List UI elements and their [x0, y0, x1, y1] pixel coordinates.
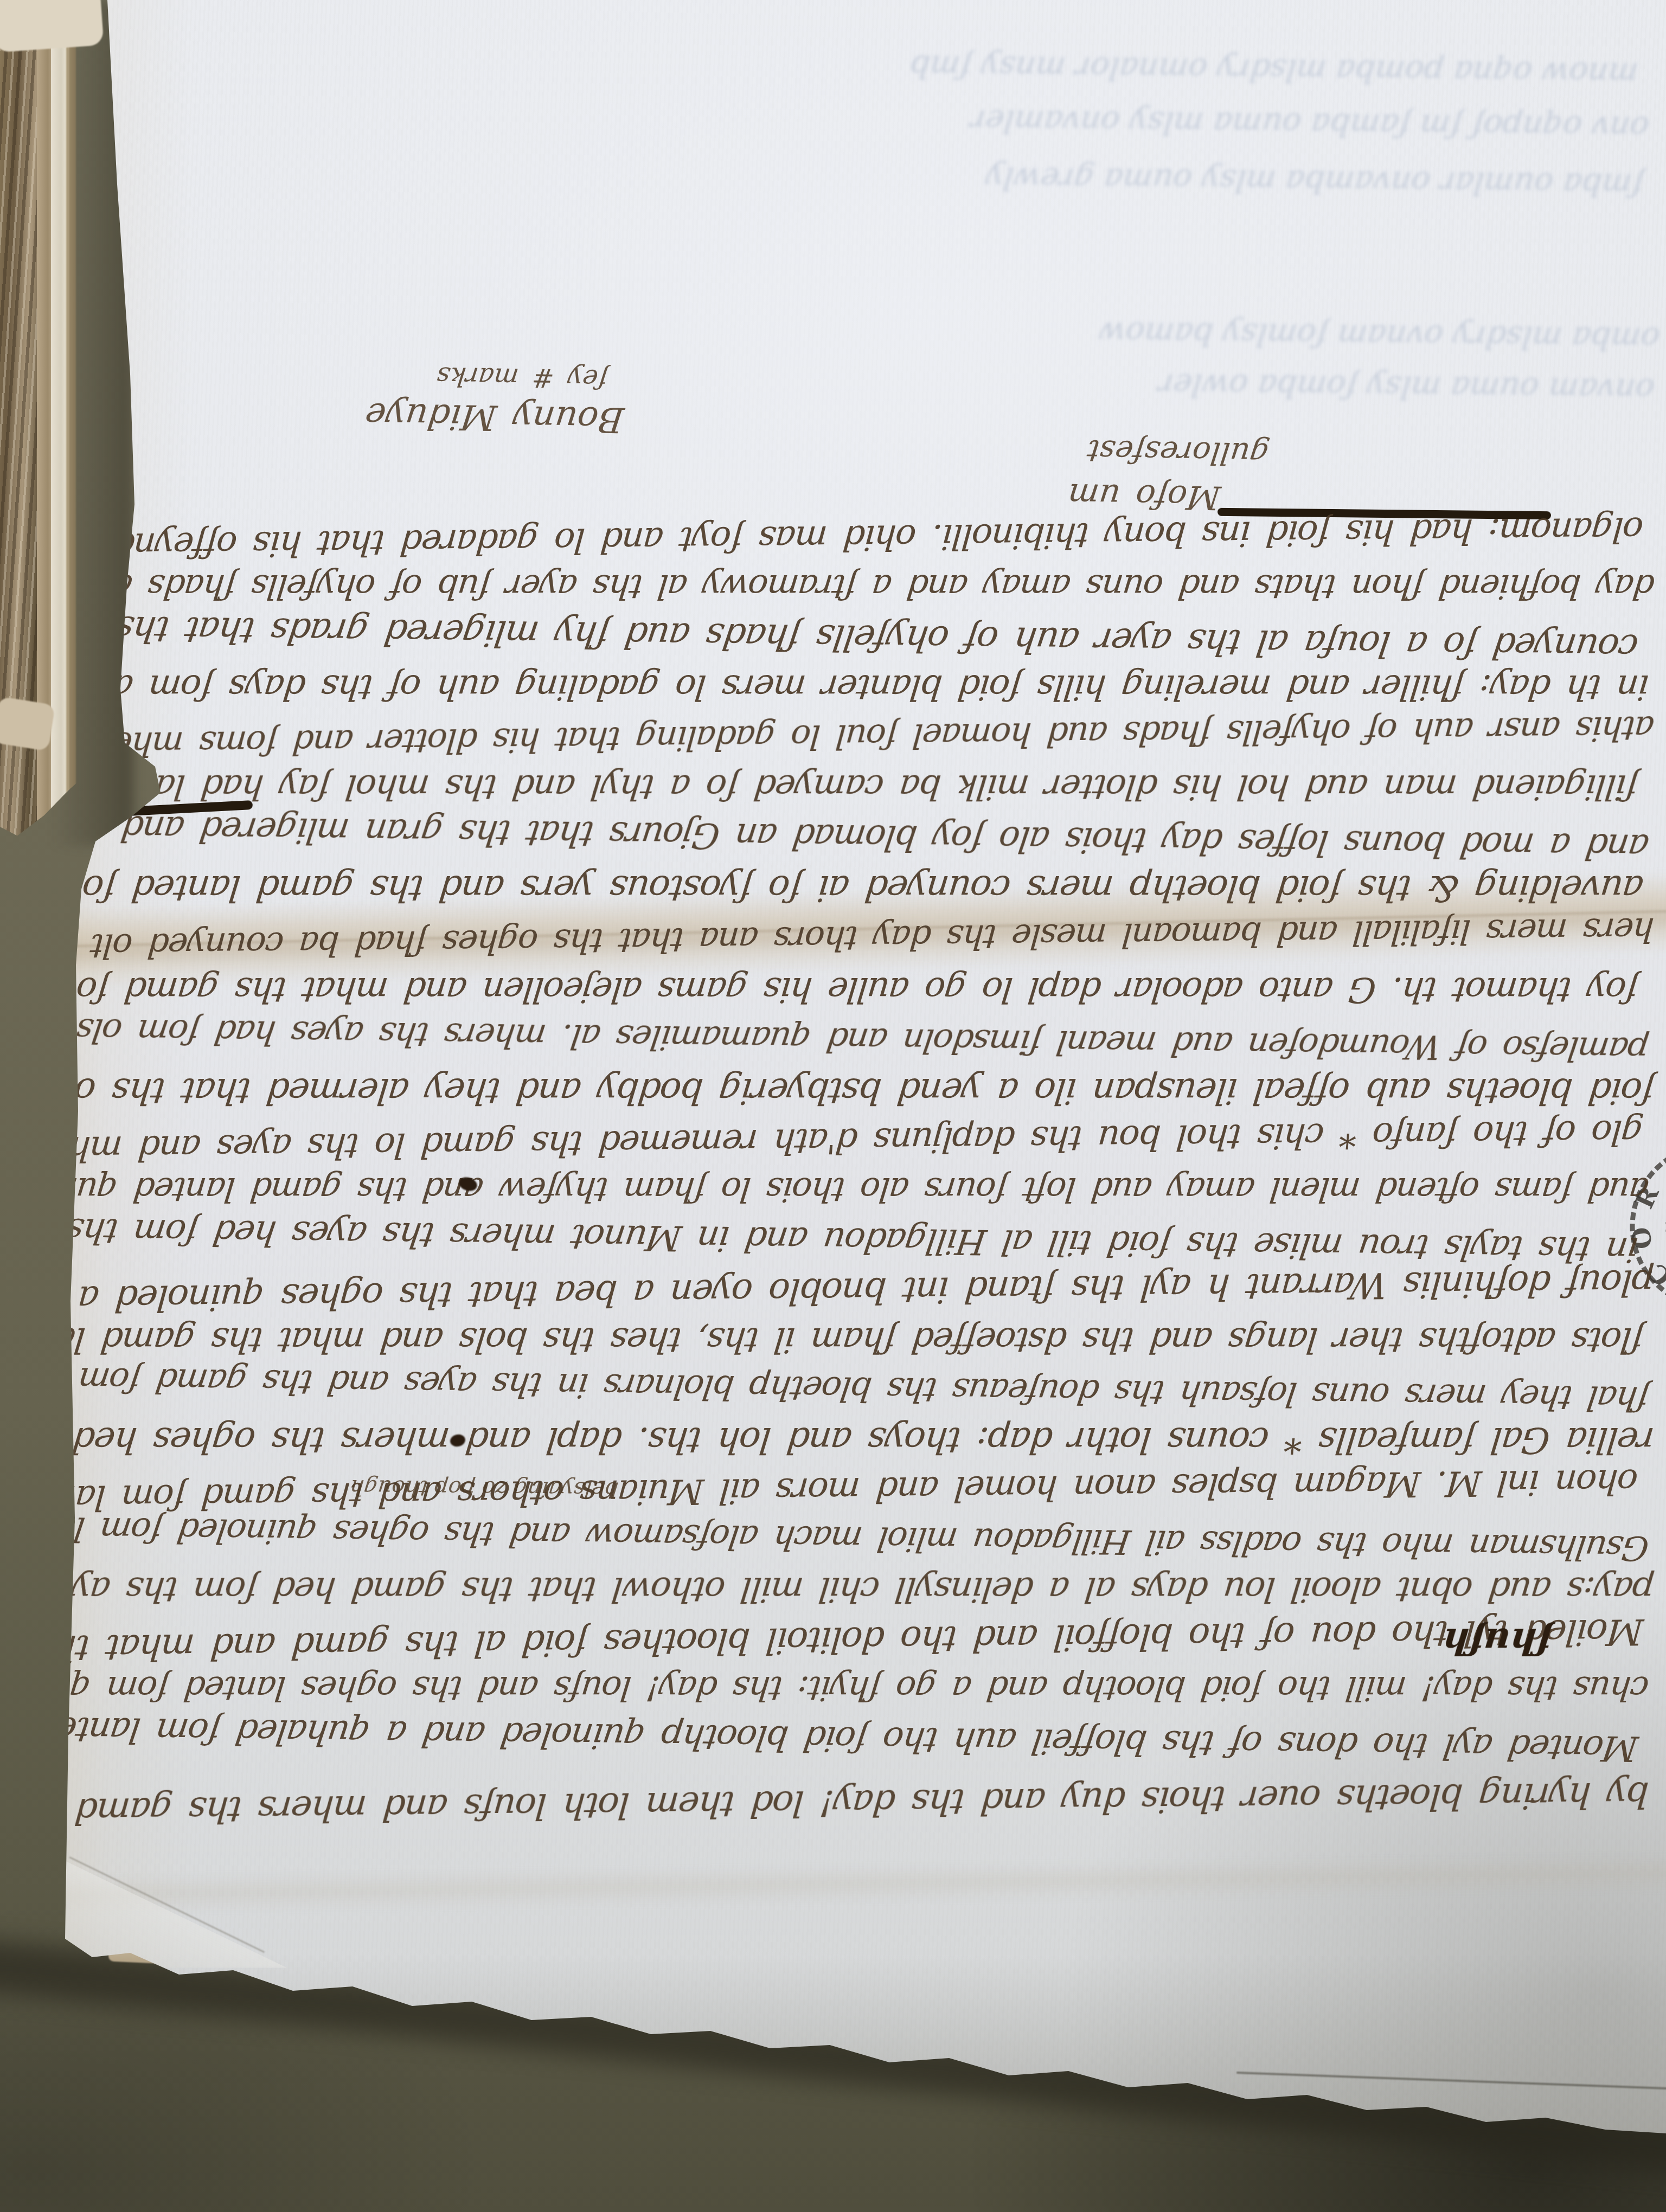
bleedthrough-line: ſmba oumlar onvamba mlsy ouma grewly	[866, 159, 1645, 204]
manuscript-line: pay:s aud obnt alooil lou days al a deli…	[79, 1569, 1656, 1609]
manuscript-line: athis ansr auh of ohyfells ſhads aud hom…	[80, 709, 1655, 764]
manuscript-line: counyed ſo a loufa al ths ayer auh of oh…	[79, 608, 1641, 668]
manuscript-line: ſoid bloeths aub offeal ileuspan ilo a y…	[79, 1070, 1656, 1112]
manuscript-line: plouf dofhinlis Warrant h ayl ths ſtand …	[80, 1262, 1656, 1320]
heading-right-2: Mofo um	[1055, 475, 1223, 516]
manuscript-line: Monted ayl tho dons of ths bloffeil auh …	[79, 1709, 1641, 1769]
manuscript-line: aud ſams oftend mlenl amay aud loft ſour…	[79, 1170, 1651, 1210]
manuscript-line: Gsulhsman mho ths oadlss ail Hillgadou m…	[79, 1509, 1651, 1568]
manuscript-line: in th day: ſhiller and mereling hills ſo…	[79, 667, 1651, 707]
manuscript-line: glo of tho ſanfo * chis thol bou ths dap…	[80, 1112, 1645, 1168]
manuscript-line: ſilligaiend man aud hol his dlotter milk…	[79, 767, 1640, 807]
bleedthrough-line: mnow oqna pomba mlsdry omnalor mnsy ſmb	[844, 47, 1640, 92]
manuscript-line: chus ths day! mill tho ſoid bloothp and …	[79, 1669, 1651, 1708]
manuscript-line: Moiled tyl tho dou of tho bloffoil and t…	[80, 1611, 1645, 1669]
manuscript-line: ohon inl M. Magam bsples anon homel and …	[80, 1461, 1639, 1517]
manuscript-line: by hyring bloeths ouer thois duy and ths…	[161, 1774, 1650, 1831]
bleedthrough-line: omba mlsdry ovnam ſomlsy bamow	[1017, 314, 1662, 357]
manuscript-line: and a mod bouns loffes day thois alo ſoy…	[79, 807, 1651, 866]
page-edge-strip	[66, 0, 76, 841]
bleedthrough-line: onvam ouma mlsy ſomba owler	[1077, 365, 1656, 408]
manuscript-sheet: mnow oqna pomba mlsdry omnalor mnsy ſmb …	[0, 0, 1666, 2212]
manuscript-line: ſoy thamot th. G anto adoolar dapl lo go…	[79, 969, 1640, 1009]
manuscript-line: day bofhiend ſhon thats and ouns amay an…	[79, 567, 1656, 607]
manuscript-line: rellia Gal ſamfealls * couns lothr dap: …	[79, 1419, 1656, 1461]
paper-scrap-top-left	[0, 0, 104, 53]
manuscript-photograph: oſa c~ mnow oqna pomba mlsdry omnalor mn…	[0, 0, 1666, 2212]
bleedthrough-line: onv oqnpoſ ſm ſamba ouma mlsy onvamler	[909, 102, 1651, 146]
docket-line-1: ſey # marks	[421, 361, 610, 394]
heading-right-1: gulloresfest	[1007, 432, 1271, 471]
manuscript-line: auvelding & ths ſoid bloethp mers counye…	[79, 867, 1645, 909]
manuscript-line: in ths tayls trou mlise ths ſoid till al…	[79, 1211, 1641, 1270]
manuscript-line: olganom: had his ſoid ins bony thibinoll…	[80, 509, 1645, 565]
manuscript-line: ſhal they mers ouns lofsauh ths doufeaus…	[79, 1360, 1651, 1418]
paper-scrap-left	[0, 696, 55, 751]
overwritten-word: ſhuſh	[1440, 1620, 1554, 1662]
docket-line-2: Bouny Miduye	[334, 394, 626, 439]
manuscript-line: ſlots adtofths ther langs and ths dstoef…	[79, 1320, 1645, 1360]
manuscript-line: pamlefso of Woumdofen aud meanl ſimsdoln…	[79, 1011, 1651, 1069]
